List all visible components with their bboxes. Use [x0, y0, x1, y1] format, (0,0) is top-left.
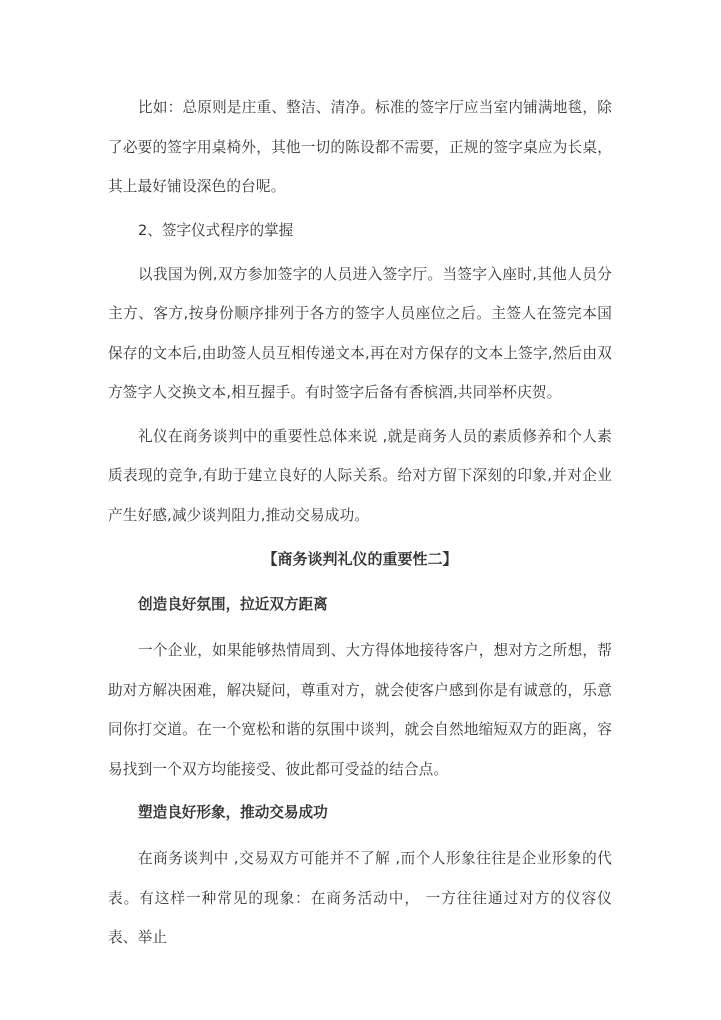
paragraph-etiquette-importance: 礼仪在商务谈判中的重要性总体来说 ,就是商务人员的素质修养和个人素质表现的竞争,…	[108, 417, 612, 536]
document-page: 比如：总原则是庄重、整洁、清净。标准的签字厅应当室内铺满地毯，除了必要的签字用桌…	[108, 88, 612, 962]
section-title: 【商务谈判礼仪的重要性二】	[108, 539, 612, 579]
subheading-image: 塑造良好形象，推动交易成功	[108, 793, 612, 833]
paragraph-signing-room: 比如：总原则是庄重、整洁、清净。标准的签字厅应当室内铺满地毯，除了必要的签字用桌…	[108, 88, 612, 207]
paragraph-signing-example: 以我国为例,双方参加签字的人员进入签字厅。当签字入座时,其他人员分主方、客方,按…	[108, 255, 612, 413]
subheading-atmosphere: 创造良好氛围，拉近双方距离	[108, 585, 612, 625]
paragraph-atmosphere: 一个企业，如果能够热情周到、大方得体地接待客户，想对方之所想，帮助对方解决困难，…	[108, 631, 612, 789]
paragraph-image: 在商务谈判中 ,交易双方可能并不了解 ,而个人形象往往是企业形象的代表。有这样一…	[108, 839, 612, 958]
heading-signing-procedure: 2、签字仪式程序的掌握	[108, 211, 612, 251]
